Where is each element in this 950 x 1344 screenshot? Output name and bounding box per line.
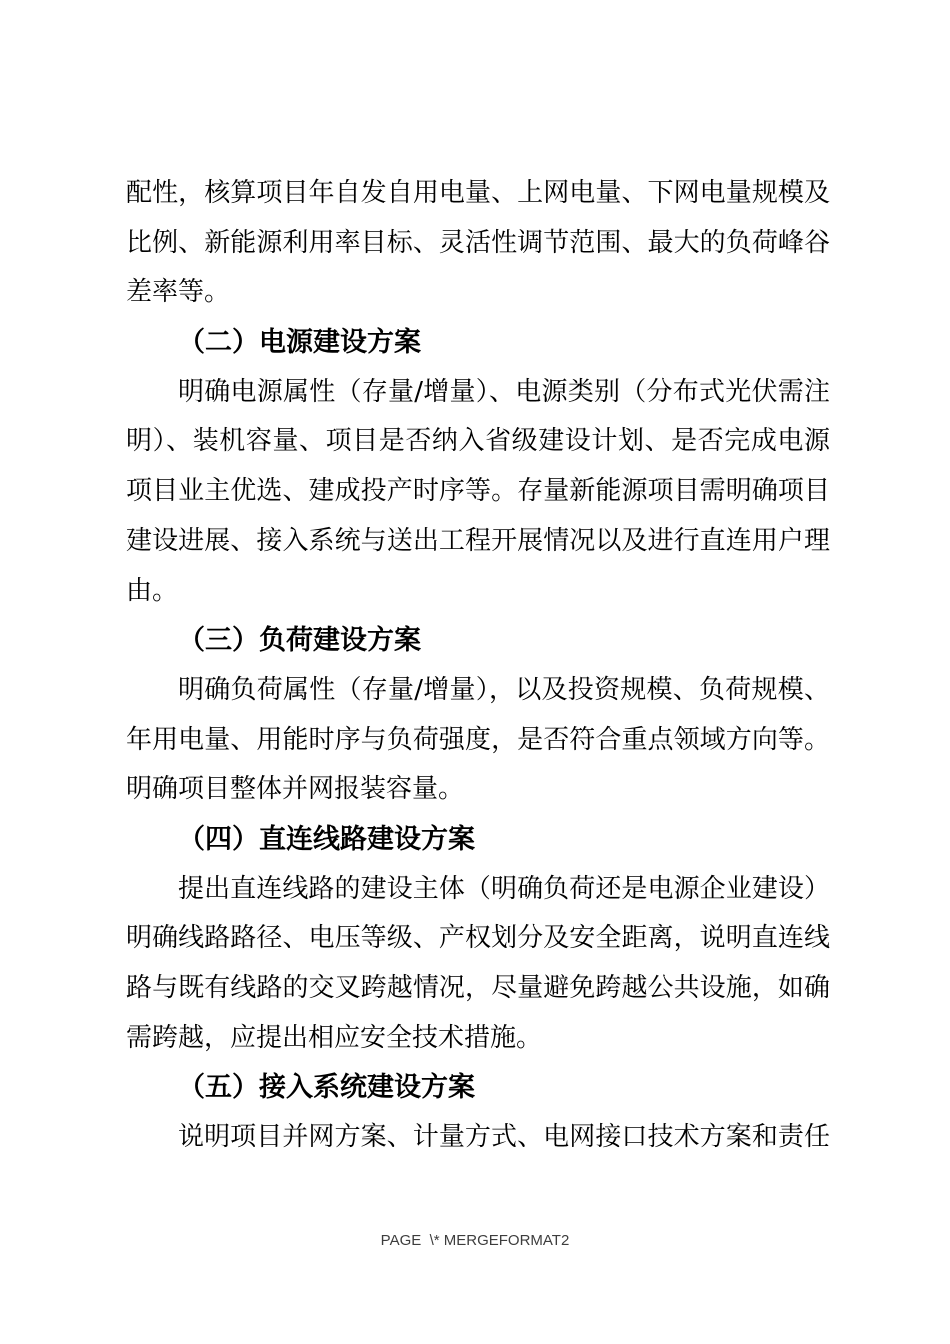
text-line: 需跨越，应提出相应安全技术措施。 [126,1014,830,1064]
text-line: 明确电源属性（存量/增量）、电源类别（分布式光伏需注 [126,368,830,418]
document-body: 配性，核算项目年自发自用电量、上网电量、下网电量规模及 比例、新能源利用率目标、… [126,169,830,1163]
text-line: 差率等。 [126,268,830,318]
text-line: 由。 [126,567,830,617]
text-line: 明）、装机容量、项目是否纳入省级建设计划、是否完成电源 [126,417,830,467]
text-line: 比例、新能源利用率目标、灵活性调节范围、最大的负荷峰谷 [126,219,830,269]
text-line: 年用电量、用能时序与负荷强度，是否符合重点领域方向等。 [126,716,830,766]
document-page: 配性，核算项目年自发自用电量、上网电量、下网电量规模及 比例、新能源利用率目标、… [0,0,950,1344]
text-line: 路与既有线路的交叉跨越情况，尽量避免跨越公共设施，如确 [126,964,830,1014]
text-line: 说明项目并网方案、计量方式、电网接口技术方案和责任 [126,1113,830,1163]
heading-line: （二）电源建设方案 [126,318,830,368]
text-line: 明确线路路径、电压等级、产权划分及安全距离，说明直连线 [126,914,830,964]
text-line: 提出直连线路的建设主体（明确负荷还是电源企业建设） [126,865,830,915]
text-line: 项目业主优选、建成投产时序等。存量新能源项目需明确项目 [126,467,830,517]
page-number-field: PAGE \* MERGEFORMAT2 [0,1231,950,1251]
heading-line: （三）负荷建设方案 [126,616,830,666]
text-line: 明确项目整体并网报装容量。 [126,765,830,815]
heading-line: （五）接入系统建设方案 [126,1063,830,1113]
text-line: 配性，核算项目年自发自用电量、上网电量、下网电量规模及 [126,169,830,219]
text-line: 明确负荷属性（存量/增量），以及投资规模、负荷规模、 [126,666,830,716]
heading-line: （四）直连线路建设方案 [126,815,830,865]
text-line: 建设进展、接入系统与送出工程开展情况以及进行直连用户理 [126,517,830,567]
